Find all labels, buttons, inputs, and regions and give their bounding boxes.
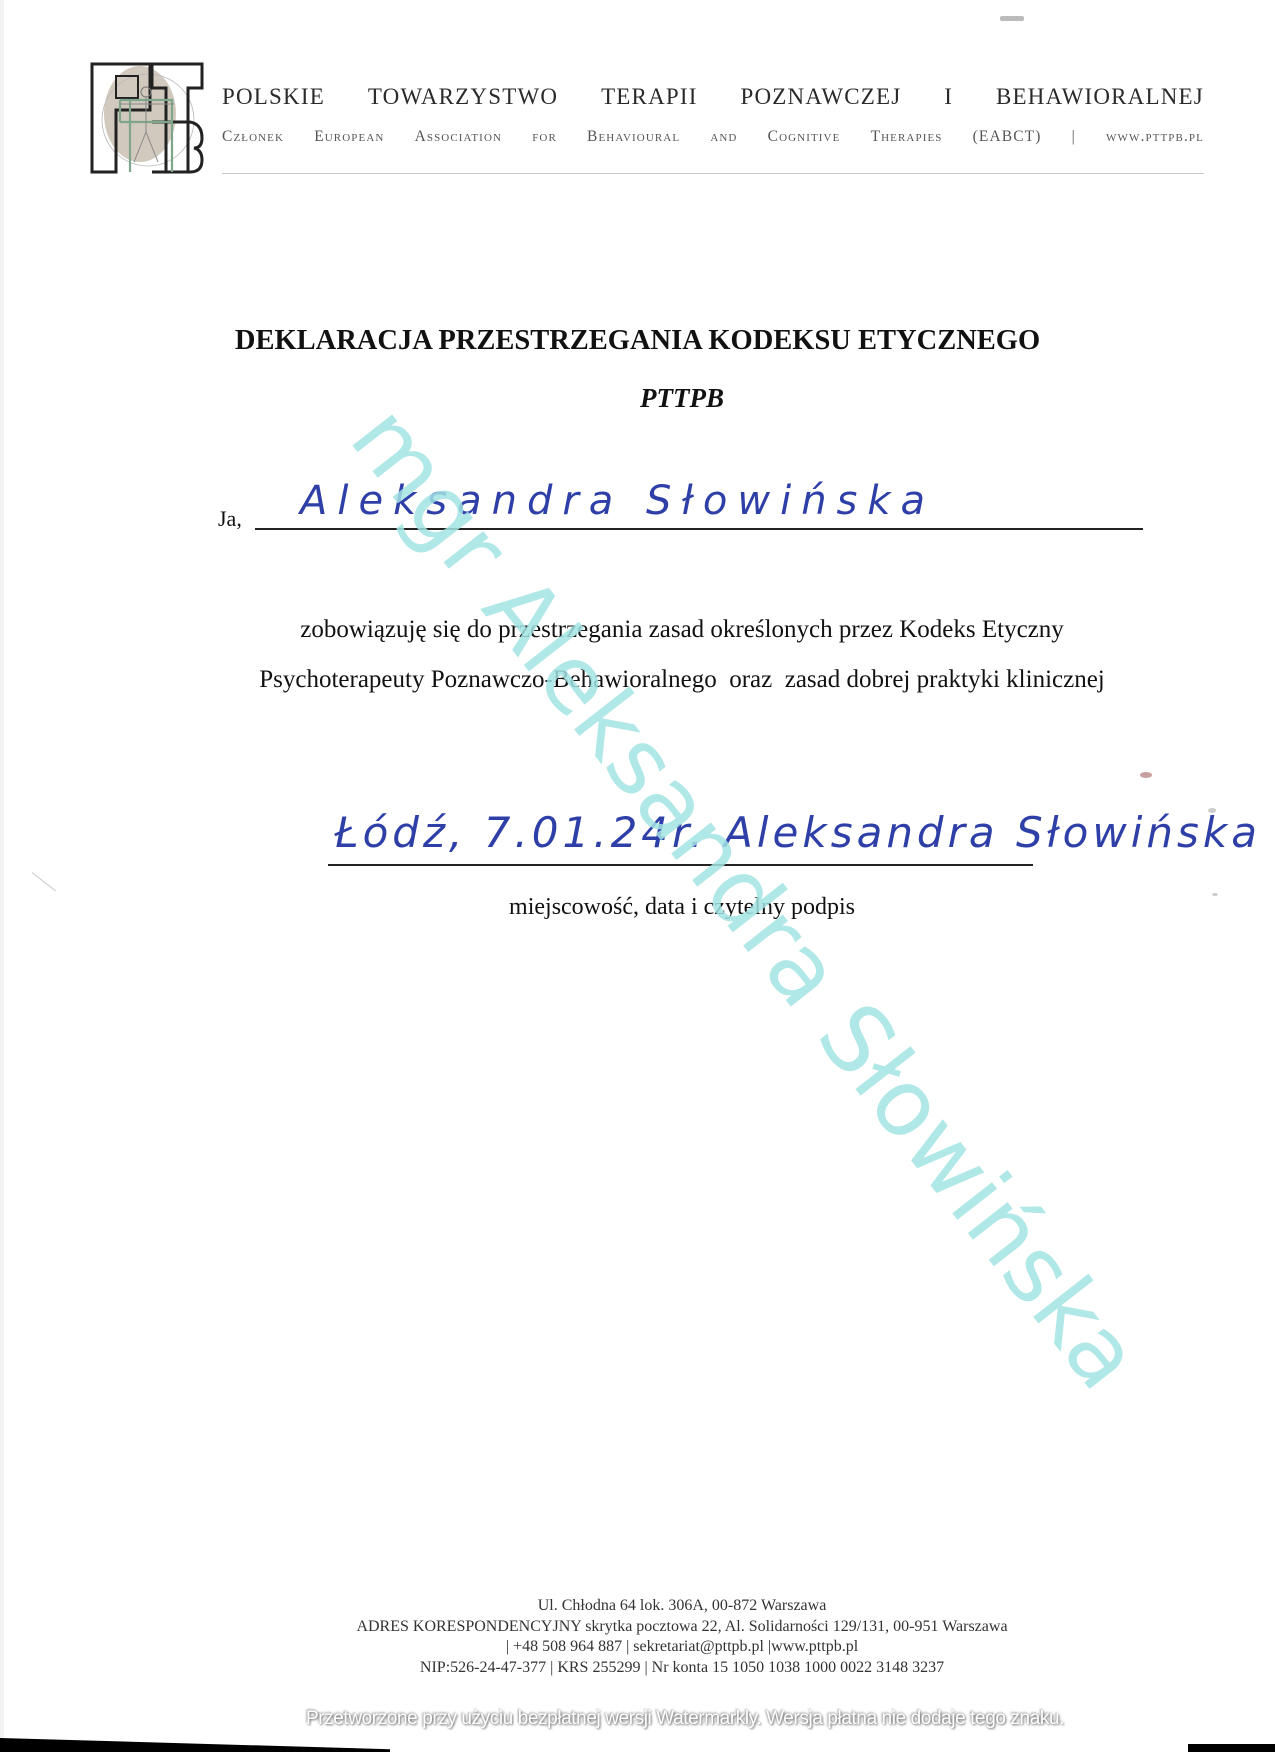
- sub-word: and: [710, 128, 737, 146]
- sub-word: for: [532, 128, 557, 146]
- scan-shadow: [0, 1738, 390, 1752]
- organization-membership: Członek European Association for Behavio…: [222, 128, 1204, 146]
- signature-caption: miejscowość, data i czytelny podpis: [0, 894, 1275, 921]
- name-field-line: [255, 528, 1143, 530]
- scan-edge: [0, 0, 4, 1752]
- scan-shadow: [0, 1742, 25, 1752]
- sub-word: Członek: [222, 128, 284, 146]
- sub-word: |: [1072, 128, 1076, 146]
- sub-word: European: [314, 128, 384, 146]
- org-word: POLSKIE: [222, 84, 325, 110]
- scan-speck: [1140, 772, 1152, 778]
- footer-line: NIP:526-24-47-377 | KRS 255299 | Nr kont…: [0, 1658, 1275, 1679]
- scan-stray-line: [32, 872, 56, 891]
- document-title: DEKLARACJA PRZESTRZEGANIA KODEKSU ETYCZN…: [0, 325, 1275, 357]
- header-divider: [222, 173, 1204, 174]
- sub-word: Behavioural: [587, 128, 680, 146]
- document-subtitle: PTTPB: [0, 383, 1275, 414]
- sub-word: (EABCT): [973, 128, 1042, 146]
- scan-speck: [1208, 808, 1216, 813]
- org-word: BEHAWIORALNEJ: [996, 84, 1204, 110]
- org-word: POZNAWCZEJ: [740, 84, 901, 110]
- sub-word: Association: [415, 128, 502, 146]
- scan-shadow: [1188, 1744, 1275, 1752]
- scan-speck: [1000, 16, 1024, 21]
- name-label: Ja,: [218, 506, 242, 532]
- website-link[interactable]: www.pttpb.pl: [1106, 128, 1204, 146]
- footer-line: ADRES KORESPONDENCYJNY skrytka pocztowa …: [0, 1617, 1275, 1638]
- footer-address: Ul. Chłodna 64 lok. 306A, 00-872 Warszaw…: [0, 1596, 1275, 1678]
- org-word: TOWARZYSTWO: [368, 84, 558, 110]
- declaration-text-line-1: zobowiązuję się do przestrzegania zasad …: [0, 616, 1275, 644]
- org-word: TERAPII: [601, 84, 698, 110]
- scan-speck: [1212, 893, 1218, 896]
- pttpb-logo-icon: [90, 62, 204, 174]
- org-word: I: [944, 84, 953, 110]
- organization-name: POLSKIE TOWARZYSTWO TERAPII POZNAWCZEJ I…: [222, 84, 1204, 110]
- sub-word: Therapies: [871, 128, 943, 146]
- sub-word: Cognitive: [768, 128, 841, 146]
- footer-contact-line: | +48 508 964 887 | sekretariat@pttpb.pl…: [0, 1637, 1275, 1658]
- footer-line: Ul. Chłodna 64 lok. 306A, 00-872 Warszaw…: [0, 1596, 1275, 1617]
- handwritten-signature: Łódź, 7.01.24r. Aleksandra Słowińska: [335, 808, 1261, 857]
- tool-watermark: Przetworzone przy użyciu bezpłatnej wers…: [0, 1708, 1275, 1730]
